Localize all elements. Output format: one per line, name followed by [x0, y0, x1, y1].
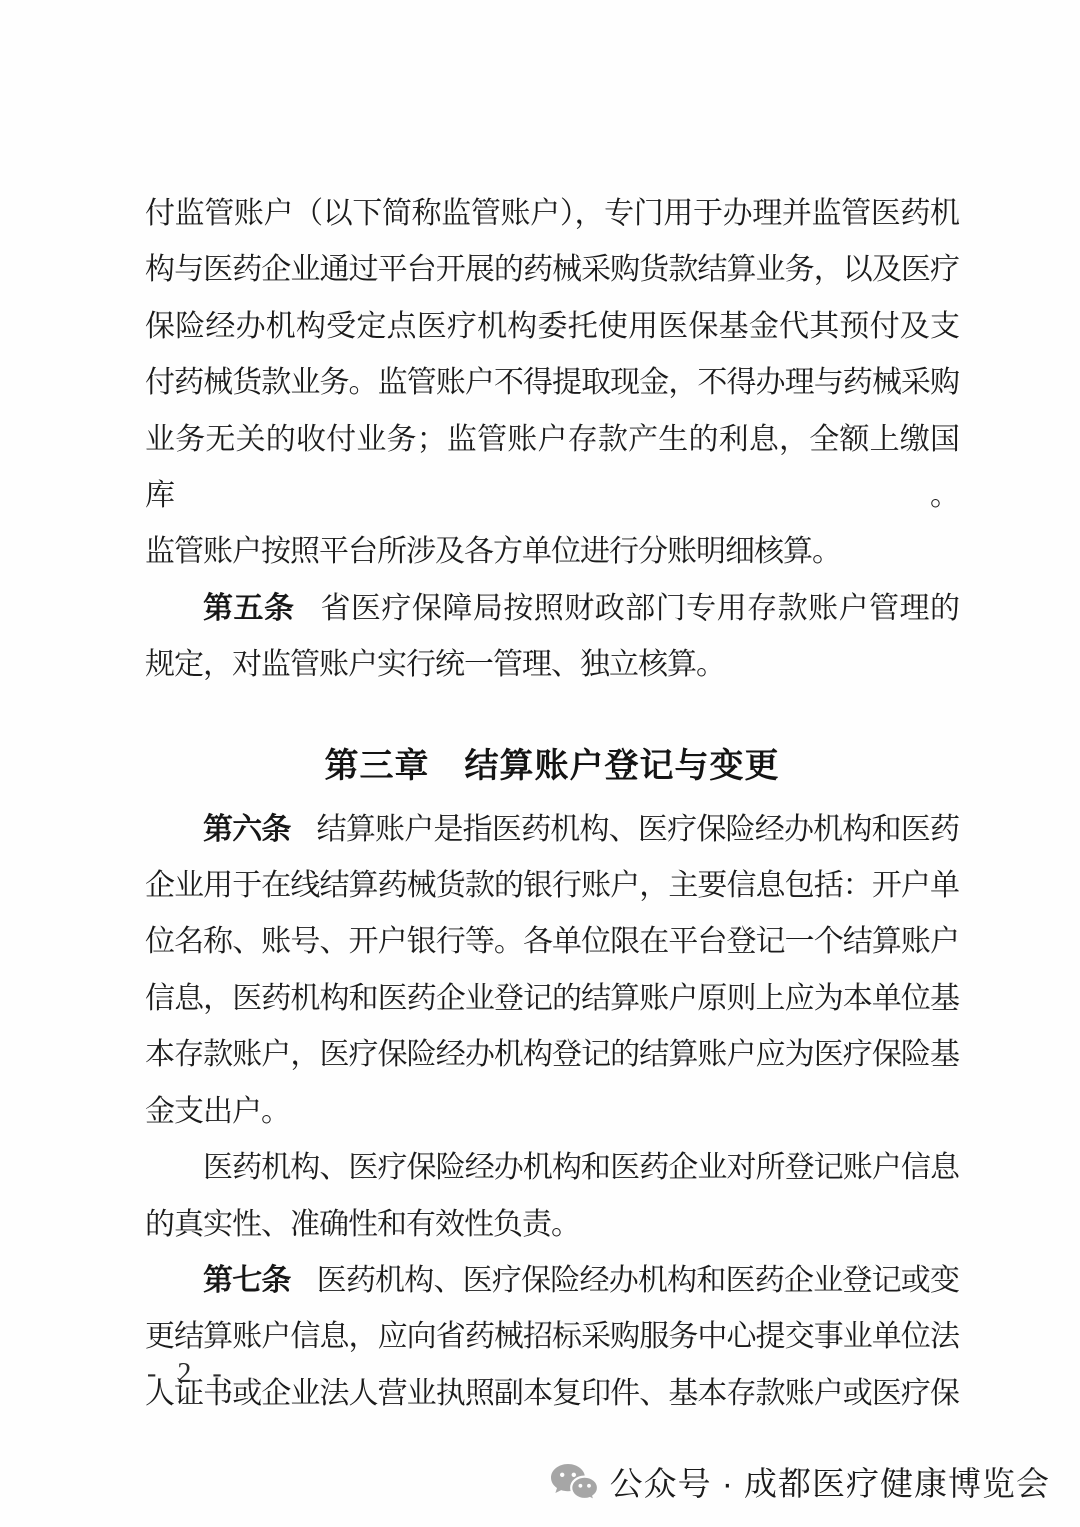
- body-line: 位名称、账号、开户银行等。各单位限在平台登记一个结算账户: [145, 914, 959, 970]
- body-line: 监管账户按照平台所涉及各方单位进行分账明细核算。: [145, 524, 959, 580]
- body-line: 保险经办机构受定点医疗机构委托使用医保基金代其预付及支: [145, 299, 959, 355]
- body-line: 付监管账户（以下简称监管账户），专门用于办理并监管医药机: [145, 186, 959, 242]
- body-line: 人证书或企业法人营业执照副本复印件、基本存款账户或医疗保: [145, 1366, 959, 1422]
- body-line: 更结算账户信息，应向省药械招标采购服务中心提交事业单位法: [145, 1309, 959, 1365]
- body-line: 第七条医药机构、医疗保险经办机构和医药企业登记或变: [145, 1253, 959, 1309]
- chapter-heading: 第三章 结算账户登记与变更: [145, 738, 959, 794]
- line-text: 结算账户是指医药机构、医疗保险经办机构和医药: [317, 813, 959, 846]
- body-line: 付药械货款业务。监管账户不得提取现金，不得办理与药械采购: [145, 355, 959, 411]
- body-line: 构与医药企业通过平台开展的药械采购货款结算业务，以及医疗: [145, 242, 959, 298]
- document-lines: 付监管账户（以下简称监管账户），专门用于办理并监管医药机构与医药企业通过平台开展…: [145, 186, 959, 1422]
- line-text: 构与医药企业通过平台开展的药械采购货款结算业务，以及医疗: [145, 253, 959, 286]
- article-number: 第六条: [203, 813, 291, 846]
- article-number: 第五条: [203, 592, 294, 625]
- line-text: 人证书或企业法人营业执照副本复印件、基本存款账户或医疗保: [145, 1377, 959, 1410]
- line-text: 金支出户。: [145, 1095, 290, 1128]
- watermark-label: 公众号 · 成都医疗健康博览会: [610, 1458, 1050, 1505]
- line-text: 医药机构、医疗保险经办机构和医药企业对所登记账户信息: [203, 1151, 959, 1184]
- body-line: 信息，医药机构和医药企业登记的结算账户原则上应为本单位基: [145, 971, 959, 1027]
- line-text: 付药械货款业务。监管账户不得提取现金，不得办理与药械采购: [145, 366, 959, 399]
- body-line: 金支出户。: [145, 1084, 959, 1140]
- line-text: 信息，医药机构和医药企业登记的结算账户原则上应为本单位基: [145, 982, 959, 1015]
- body-line: 业务无关的收付业务；监管账户存款产生的利息，全额上缴国库。: [145, 412, 959, 525]
- line-text: 位名称、账号、开户银行等。各单位限在平台登记一个结算账户: [145, 925, 959, 958]
- line-text: 规定，对监管账户实行统一管理、独立核算。: [145, 648, 725, 681]
- article-number: 第七条: [203, 1264, 291, 1297]
- body-line: 医药机构、医疗保险经办机构和医药企业对所登记账户信息: [145, 1140, 959, 1196]
- body-line: 规定，对监管账户实行统一管理、独立核算。: [145, 637, 959, 693]
- document-body: 付监管账户（以下简称监管账户），专门用于办理并监管医药机构与医药企业通过平台开展…: [145, 186, 959, 1422]
- watermark: 公众号 · 成都医疗健康博览会: [550, 1458, 1050, 1505]
- line-text: 更结算账户信息，应向省药械招标采购服务中心提交事业单位法: [145, 1320, 959, 1353]
- line-text: 医药机构、医疗保险经办机构和医药企业登记或变: [317, 1264, 959, 1297]
- body-line: 第六条结算账户是指医药机构、医疗保险经办机构和医药: [145, 802, 959, 858]
- line-text: 监管账户按照平台所涉及各方单位进行分账明细核算。: [145, 535, 841, 568]
- line-text: 企业用于在线结算药械货款的银行账户，主要信息包括：开户单: [145, 869, 959, 902]
- wechat-icon: [550, 1463, 598, 1500]
- body-line: 的真实性、准确性和有效性负责。: [145, 1197, 959, 1253]
- line-text: 省医疗保障局按照财政部门专用存款账户管理的: [320, 592, 959, 625]
- line-text: 的真实性、准确性和有效性负责。: [145, 1208, 580, 1241]
- line-text: 业务无关的收付业务；监管账户存款产生的利息，全额上缴国库。: [145, 423, 959, 512]
- body-line: 第五条省医疗保障局按照财政部门专用存款账户管理的: [145, 581, 959, 637]
- line-text: 付监管账户（以下简称监管账户），专门用于办理并监管医药机: [145, 197, 959, 230]
- body-line: 本存款账户，医疗保险经办机构登记的结算账户应为医疗保险基: [145, 1027, 959, 1083]
- line-text: 保险经办机构受定点医疗机构委托使用医保基金代其预付及支: [145, 310, 959, 343]
- page-number: - 2 -: [147, 1358, 229, 1390]
- document-page: 付监管账户（以下简称监管账户），专门用于办理并监管医药机构与医药企业通过平台开展…: [0, 0, 1080, 1527]
- body-line: 企业用于在线结算药械货款的银行账户，主要信息包括：开户单: [145, 858, 959, 914]
- line-text: 本存款账户，医疗保险经办机构登记的结算账户应为医疗保险基: [145, 1038, 959, 1071]
